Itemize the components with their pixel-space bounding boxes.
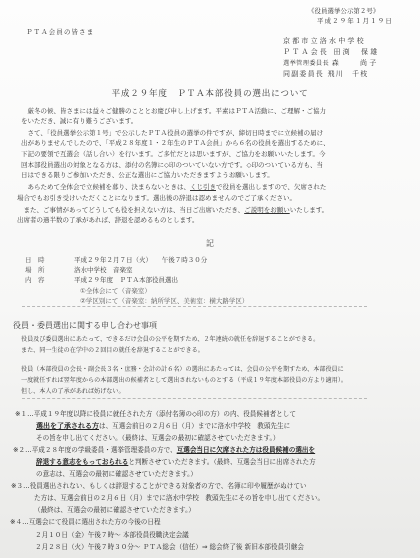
rules-line: 但し、本人の了承があれば妨げない。	[21, 386, 125, 395]
page-title: 平成２９年度 ＰＴＡ本部役員の選出について	[0, 87, 420, 99]
issuer-name: 田渕 保雄	[333, 48, 379, 56]
note-3-line-1: ※３…役員選出されない、もしくは辞退することができる対象者の方で、名簿に印や履歴…	[11, 480, 307, 490]
rules-heading: 役員・委員選出に関する申し合わせ事項	[13, 320, 157, 331]
issuer-vice-chair: 同副委員長 飛川 千枝	[283, 71, 368, 78]
explain-emphasis: ご説明をお願い	[244, 206, 290, 214]
body-line: 場合でもお引き受けいただくことになります。選出後の辞退は認めませんのでご了承くだ…	[17, 193, 296, 202]
detail-value-datetime: 平成２９年２月７日（火） 午後７時３０分	[74, 255, 207, 264]
body-line: 厳冬の候、皆さまには益々ご健勝のこととお慶び申し上げます。平素はＰＴＡ活動に、ご…	[21, 106, 326, 115]
addressee: ＰＴＡ会員の皆さま	[26, 29, 94, 35]
note-emphasis: 互選会当日に欠席された方は役員候補の選出を	[177, 446, 315, 454]
detail-subitem: ②学区別にて（音楽室：納所学区、美術室：横大路学区）	[80, 296, 248, 305]
rules-line: また、同一生徒の在学中の２回目の就任を辞退することができる。	[21, 345, 204, 354]
note-4-line-1: ※４…互選会にて役員に選出された方の今後の日程	[10, 516, 161, 526]
body-line: 下記の要領で互選会（話し合い）を行います。ご多忙だとは思いますが、ご協力をお願い…	[21, 149, 325, 158]
detail-label-content: 内 容	[25, 275, 45, 284]
body-line: さて、「役員選挙公示第１号」で公示したＰＴＡ役員の選挙の件ですが、締切日時までに…	[21, 128, 323, 137]
body-line: 日はできる限りご参加いただき、公正な選出にご協力いただきますようお願いします。	[21, 170, 274, 179]
notice-date: 平成２９年１月１９日	[317, 18, 393, 24]
issuer-pta-president: ＰＴＡ会長 田渕 保雄	[283, 49, 379, 56]
note-2-line-1: ※２…平成２８年度の学級委員・選挙管理委員の方で、互選会当日に欠席された方は役員…	[13, 444, 315, 454]
body-line: をいただき、誠に有り難うございます。	[21, 116, 137, 125]
pta-notice-document: 《役員選挙公示第２号》 平成２９年１月１９日 ＰＴＡ会員の皆さま 京都市立洛水中…	[0, 0, 420, 558]
note-emphasis: 選出を了承される方	[36, 422, 99, 430]
issuer-school: 京都市立洛水中学校	[283, 38, 366, 45]
note-3-line-3: （最終は、互選会の最初に確認させていただきます。）	[34, 504, 195, 514]
detail-value-place: 洛水中学校 音楽室	[74, 265, 133, 274]
issuer-role: ＰＴＡ会長	[283, 48, 329, 56]
ki-heading: 記	[0, 238, 420, 249]
body-line: 回本部役員選出の対象となる方は、添付の名簿に◇印のついていない方です。◇印のつい…	[21, 160, 323, 169]
schedule-item: ２月１０日（金）午後７時～ 本部役員役職決定会議	[35, 529, 189, 539]
note-3-line-2: た方は、互選会前日の２月６日（月）までに洛水中学校 教頭先生にその旨を申し出てく…	[34, 492, 324, 502]
note-2-line-2: 辞退する意志をもっておられると判断させていただきます。（最終、互選会当日に出席さ…	[36, 456, 316, 466]
dashed-divider	[22, 306, 367, 307]
issuer-role: 選挙管理委員長	[283, 60, 329, 67]
dashed-divider	[22, 398, 367, 399]
note-2-line-3: の意志は、互選会の最初に確認させていただきます。）	[36, 468, 197, 478]
note-marker: ※３…	[11, 482, 30, 490]
detail-subitem: ①全体会にて（音楽室）	[80, 286, 151, 295]
detail-value-content: 平成２９年度 ＰＴＡ本部役員選出	[74, 275, 178, 284]
rules-line: 役員及び委員選出にあたって、できるだけ会員の公平を期すため、２年連続の就任を辞退…	[21, 334, 319, 343]
body-line-lottery: あらためて全体会で立候補を募り、決まらないときは、くじ引きで役員を選出しますので…	[21, 182, 326, 191]
issuer-name: 飛川 千枝	[327, 70, 368, 78]
issuer-role: 同副委員長	[283, 70, 324, 78]
detail-label-datetime: 日 時	[25, 255, 45, 264]
note-marker: ※４…	[10, 518, 29, 526]
schedule-item: ２月２８日（火）午後７時３０分～ ＰＴＡ総会（信任）⇒ 総会終了後 新旧本部役員…	[35, 541, 304, 551]
detail-label-place: 場 所	[25, 265, 45, 274]
note-marker: ※１…	[15, 410, 34, 418]
note-1-line-2: 選出を了承される方は、互選会前日の２月６日（月）までに洛水中学校 教頭先生に	[36, 420, 290, 431]
body-line: 出がありませんでしたので、「平成２８年度１・２年生のＰＴＡ会員」から６名の役員を…	[21, 138, 330, 147]
lottery-emphasis: くじ引き	[190, 183, 216, 191]
issuer-name: 森 尚子	[332, 59, 379, 67]
note-marker: ※２…	[13, 446, 32, 454]
body-line-explain: また、ご事情があってどうしても役を担えない方は、当日ご出席いただき、ご説明をお願…	[17, 205, 328, 214]
issuer-election-chair: 選挙管理委員長 森 尚子	[283, 60, 379, 67]
notice-number: 《役員選挙公示第２号》	[308, 8, 379, 14]
note-1-line-3: その旨を申し出てください。（最終は、互選会の最初に確認させていただきます。）	[36, 432, 279, 442]
note-1-line-1: ※１…平成１９年度以降に役員に就任された方（添付名簿の◇印の方）の内、役員候補者…	[15, 408, 296, 418]
rules-line: 役員（本部役員の会長・副会長３名・庶務・会計の計６名）の選出にあたっては、会員の…	[21, 364, 344, 373]
body-line: 出席者の過半数の了承があれば、辞退を認めるものとします。	[17, 215, 198, 224]
note-emphasis: 辞退する意志をもっておられる	[36, 458, 128, 466]
rules-line: 一度就任すれば翌年度からの本部選出の候補者として選出されないものとする（平成１９…	[21, 375, 347, 384]
